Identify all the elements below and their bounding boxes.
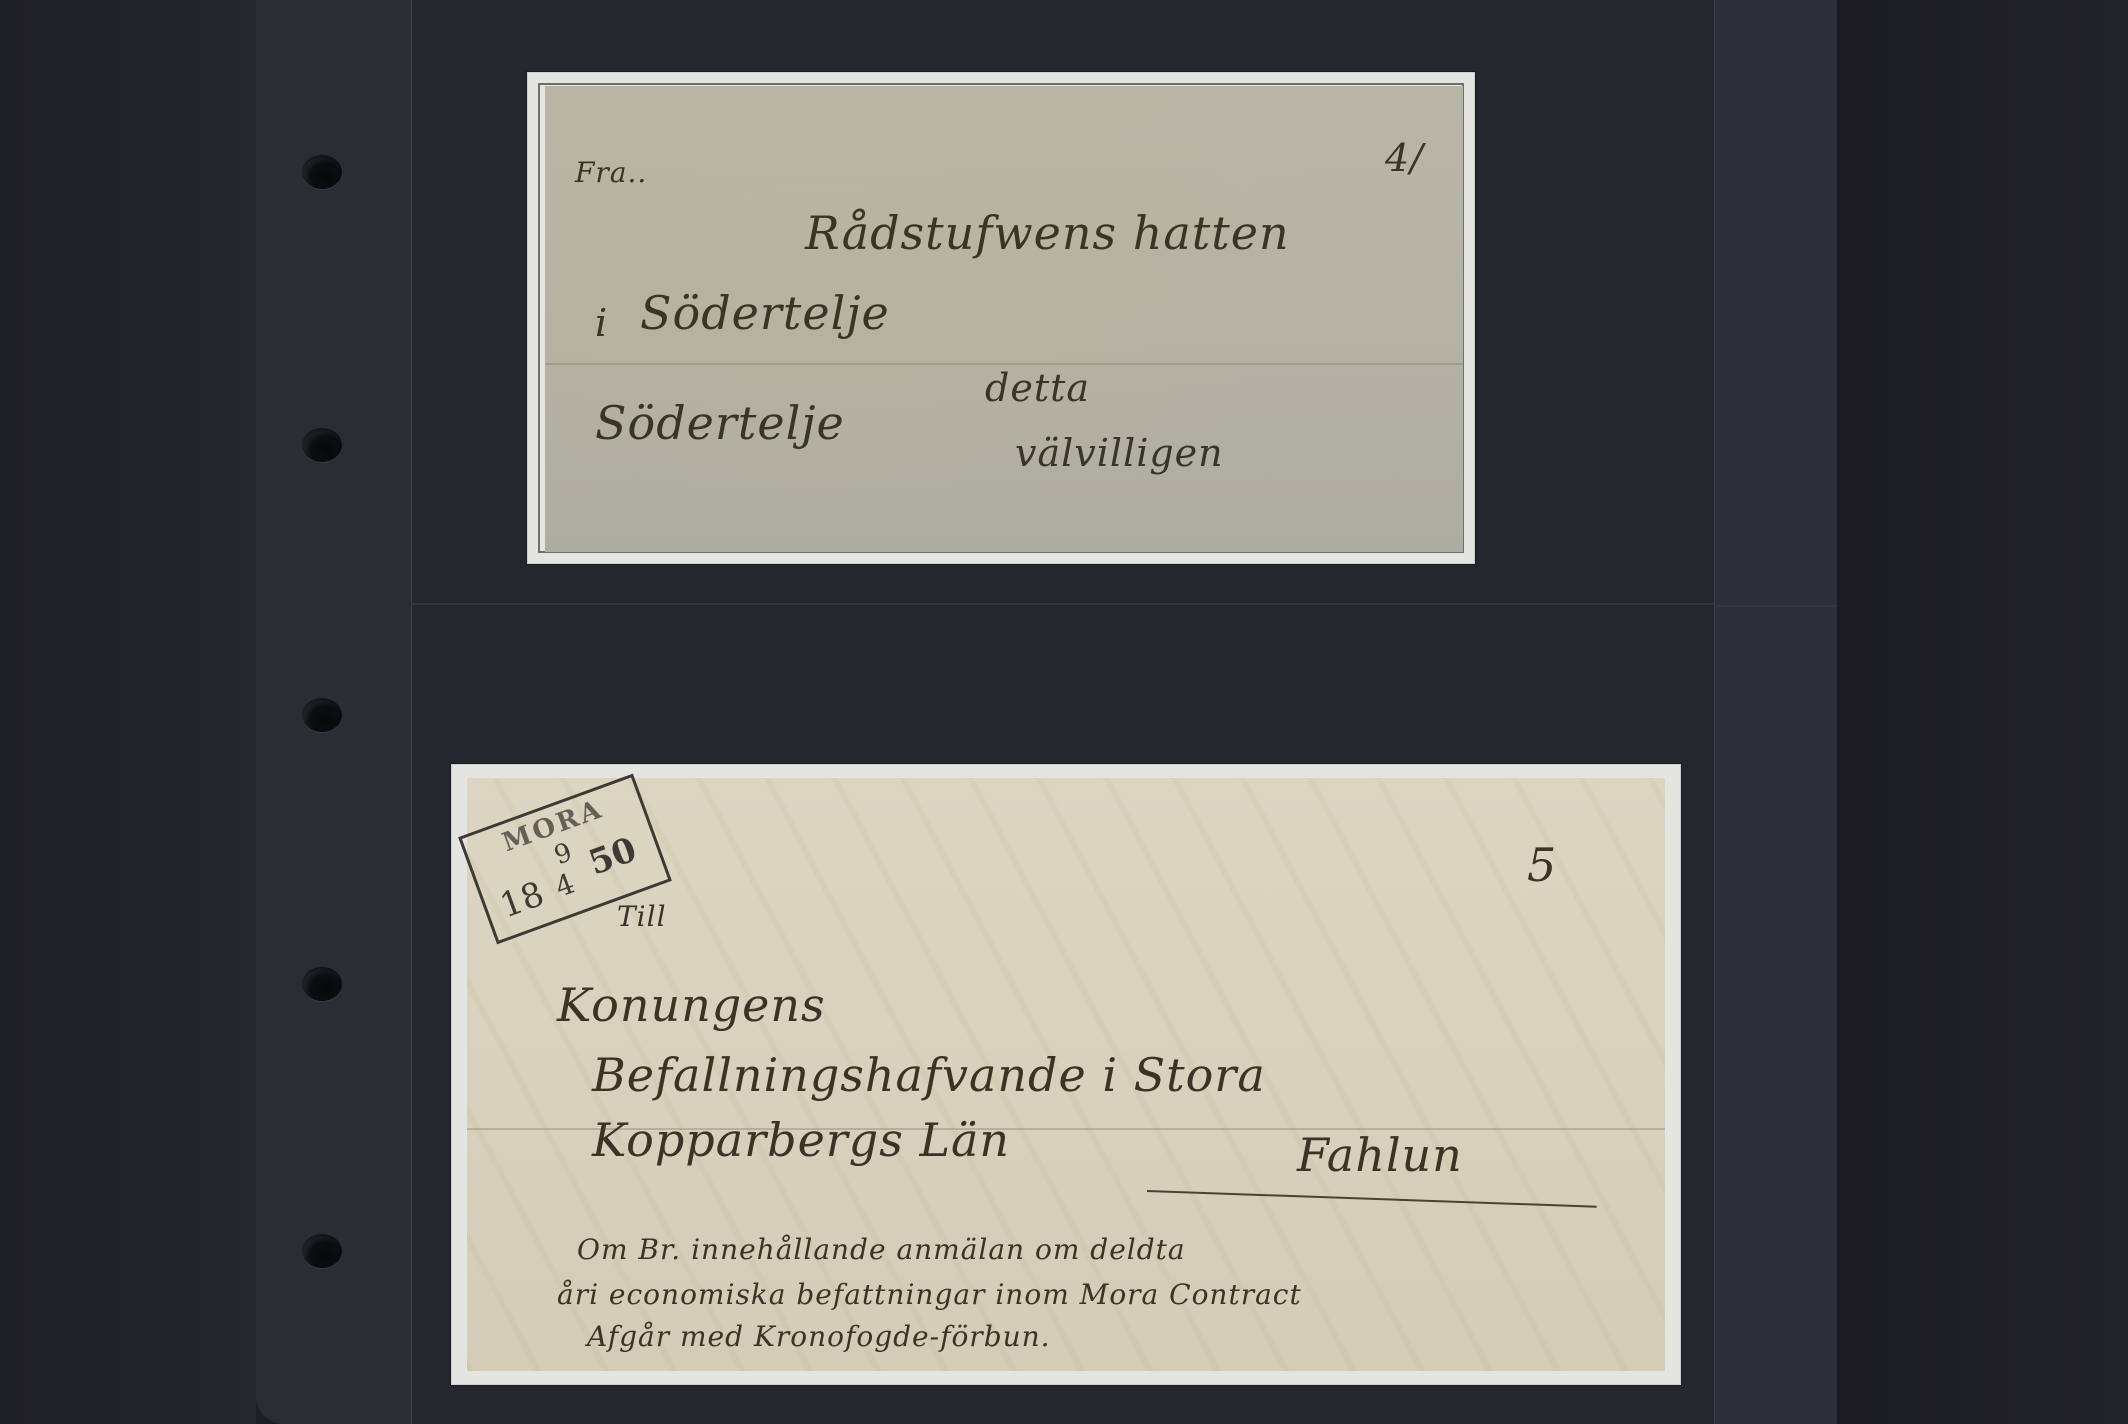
cover-top-prefix: Fra.. [575,156,647,189]
binder-hole [302,428,342,462]
binder-hole [302,1234,342,1268]
binder-hole [302,967,342,1001]
cover-bottom-line3: Kopparbergs Län [592,1113,1010,1167]
postmark-month: 4 [551,867,579,904]
cover-top-closing: välvilligen [1015,431,1224,475]
fold-line [545,363,1463,365]
cover-top-addressee: Rådstufwens hatten [805,206,1290,260]
cover-top: Fra.. 4/ Rådstufwens hatten i Södertelje… [545,86,1463,552]
binder-hole [302,155,342,189]
cover-top-place: Södertelje [640,286,890,340]
strip-divider [1714,605,1836,607]
cover-bottom-rate: 5 [1527,838,1557,892]
cover-bottom-note2: åri economiska befattningar inom Mora Co… [557,1278,1302,1311]
cover-bottom-line1: Konungens [557,978,826,1032]
cover-bottom-line2: Befallningshafvande i Stora [592,1048,1266,1102]
cover-bottom-to: Till [617,900,667,933]
cover-bottom-destination: Fahlun [1297,1128,1463,1182]
background-right [1837,0,2128,1424]
background-left [0,0,256,1424]
destination-underline [1147,1190,1597,1208]
page-edge-strip [1714,0,1838,1424]
binder-hole [302,698,342,732]
cover-bottom-note1: Om Br. innehållande anmälan om deldta [577,1233,1186,1266]
cover-top-rate: 4/ [1385,136,1424,180]
strip-divider [411,603,1714,605]
cover-top-origin: Södertelje [595,396,845,450]
cover-top-note: detta [985,366,1090,410]
cover-bottom-note3: Afgår med Kronofogde-förbun. [587,1320,1051,1353]
cover-top-place-prefix: i [595,301,608,345]
